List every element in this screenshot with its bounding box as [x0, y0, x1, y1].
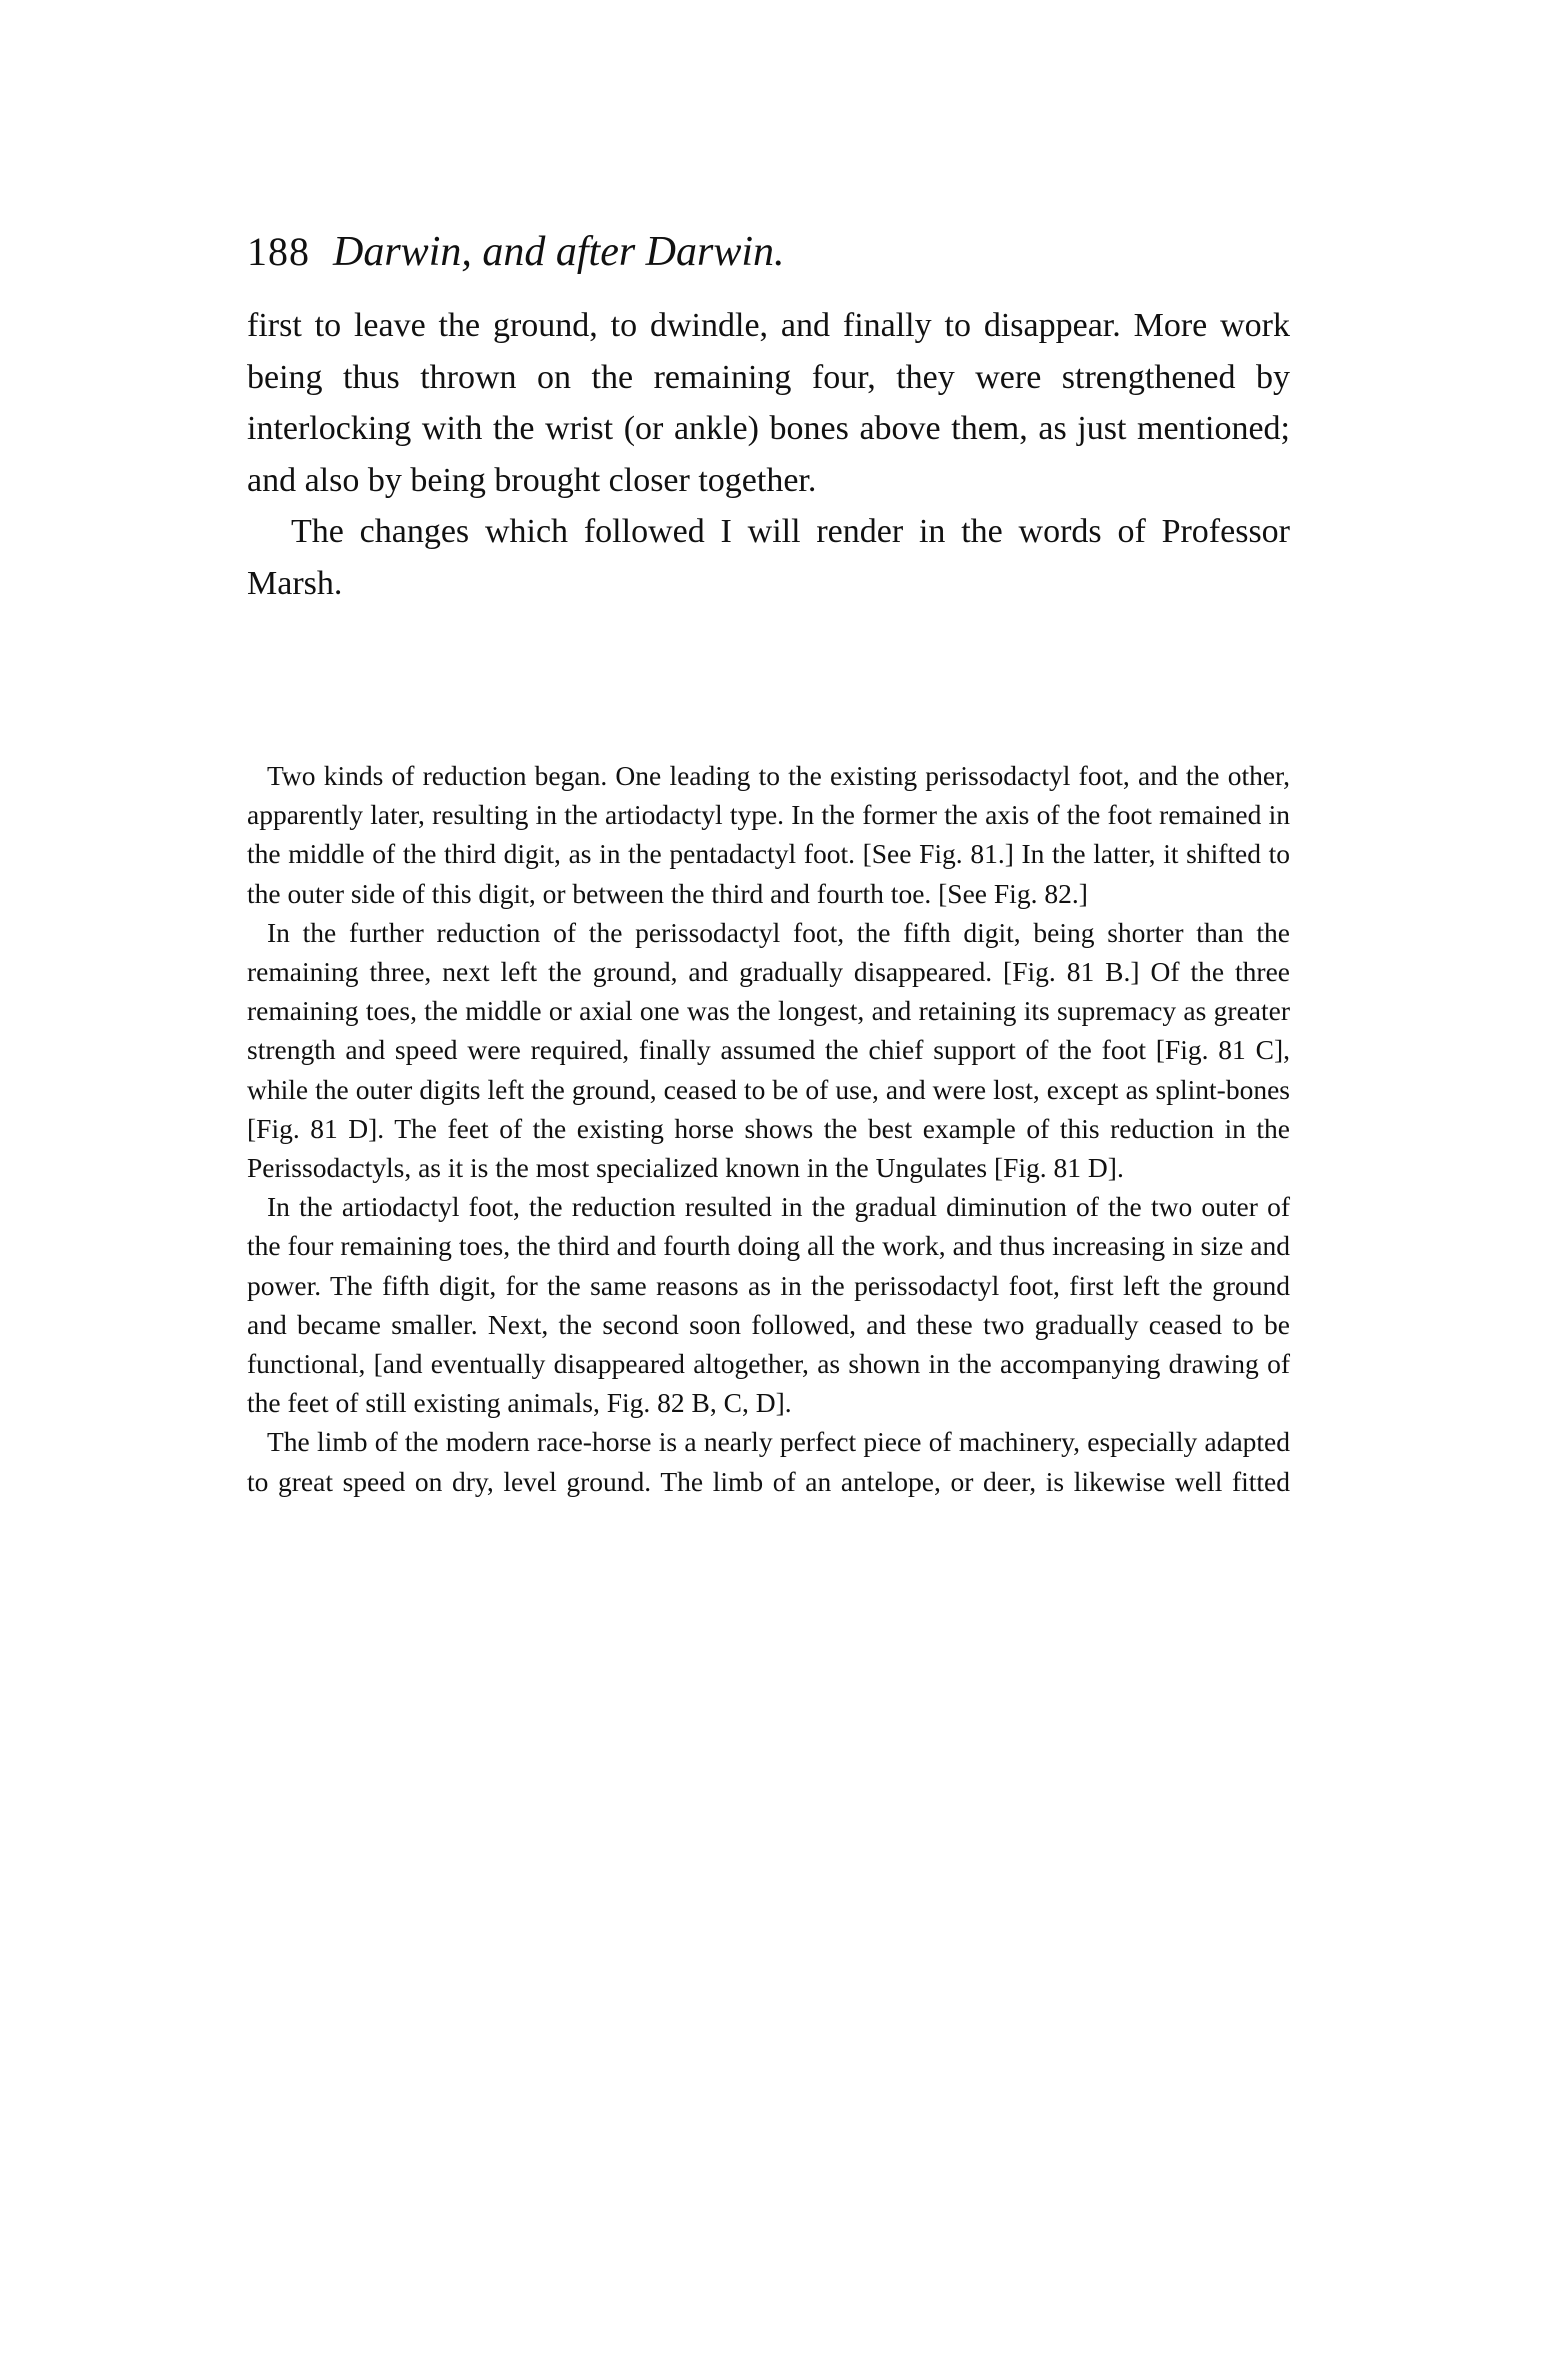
- page-number: 188: [247, 222, 310, 282]
- block-quotation: Two kinds of reduction began. One leadin…: [247, 756, 1290, 1501]
- running-title: Darwin, and after Darwin.: [333, 222, 785, 282]
- body-paragraph: first to leave the ground, to dwindle, a…: [247, 300, 1290, 506]
- quote-paragraph: In the artiodactyl foot, the reduction r…: [247, 1187, 1290, 1422]
- quote-paragraph: In the further reduction of the perissod…: [247, 913, 1290, 1187]
- quote-paragraph: Two kinds of reduction began. One leadin…: [247, 756, 1290, 913]
- quote-paragraph: The limb of the modern race-horse is a n…: [247, 1422, 1290, 1500]
- body-text: first to leave the ground, to dwindle, a…: [247, 300, 1290, 609]
- body-paragraph: The changes which followed I will render…: [247, 506, 1290, 609]
- running-head: 188 Darwin, and after Darwin.: [247, 222, 1290, 282]
